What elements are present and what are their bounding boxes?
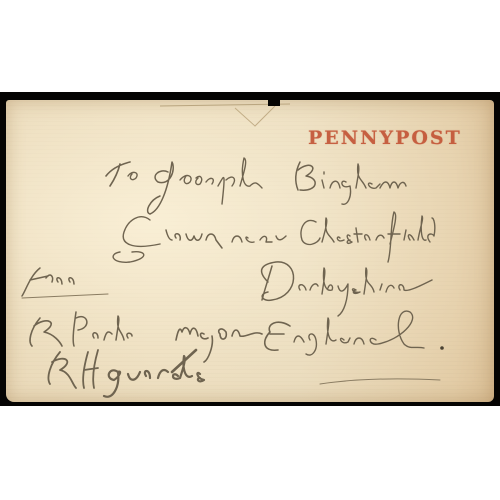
address-line-derbyshire <box>262 262 432 316</box>
address-name-bingham <box>296 162 406 204</box>
address-name-joseph <box>148 158 262 214</box>
address-line-clown-near-chesterfield <box>113 212 435 262</box>
franking-parker-major <box>30 312 262 372</box>
franking-rh-guards <box>48 350 204 397</box>
address-line-england <box>265 311 444 384</box>
franking-free <box>22 268 108 298</box>
handwritten-address <box>0 0 500 500</box>
address-line-to <box>106 162 137 186</box>
